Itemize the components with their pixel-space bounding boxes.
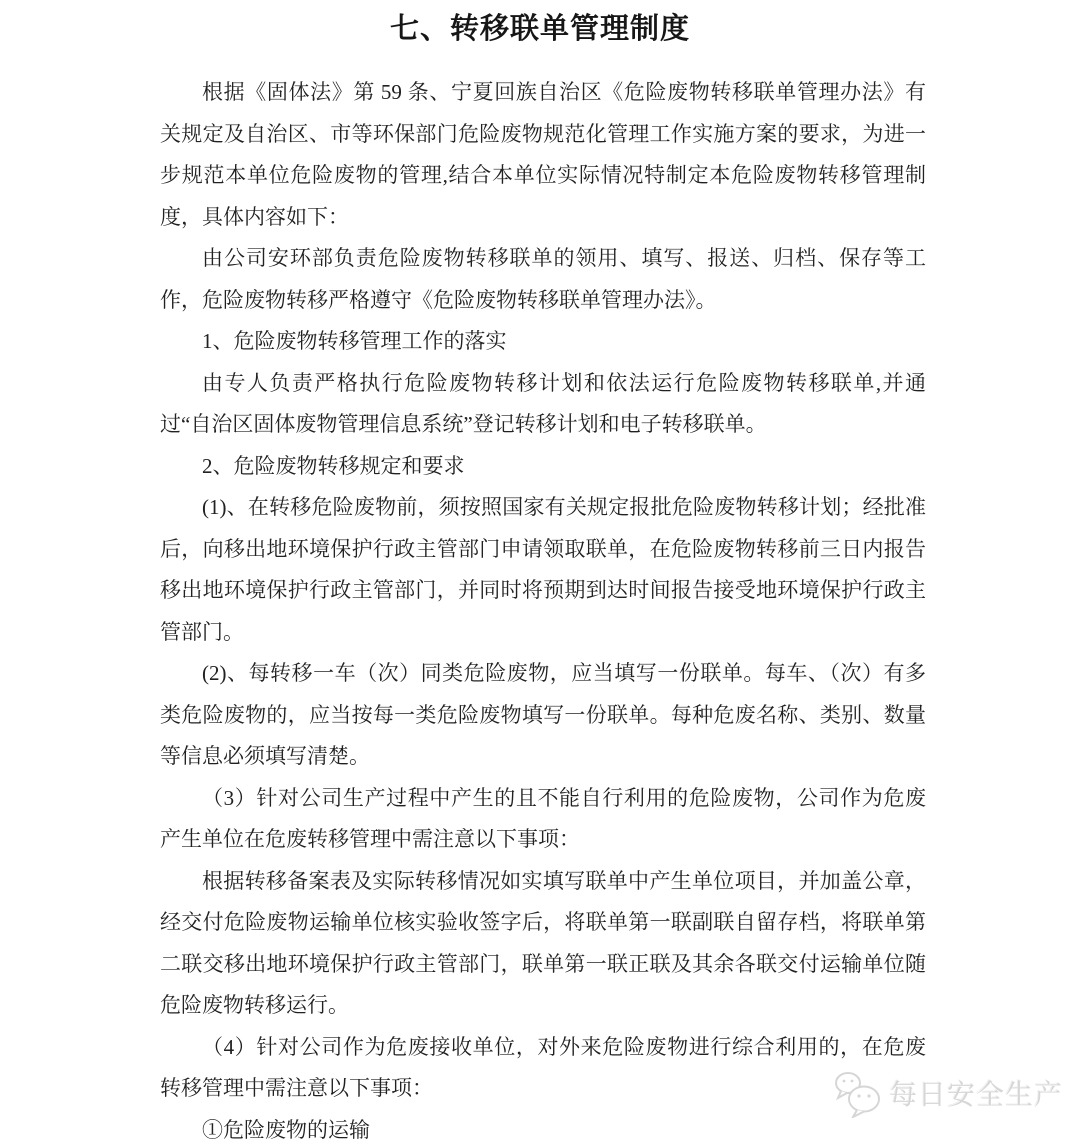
page-title: 七、转移联单管理制度	[0, 6, 1080, 47]
paragraph: （4）针对公司作为危废接收单位，对外来危险废物进行综合利用的，在危废转移管理中需…	[160, 1027, 926, 1110]
paragraph: 根据转移备案表及实际转移情况如实填写联单中产生单位项目，并加盖公章，经交付危险废…	[160, 861, 926, 1027]
section-heading: 1、危险废物转移管理工作的落实	[160, 321, 926, 363]
document-page: 七、转移联单管理制度 根据《固体法》第 59 条、宁夏回族自治区《危险废物转移联…	[0, 0, 1080, 1148]
paragraph: 由专人负责严格执行危险废物转移计划和依法运行危险废物转移联单,并通过“自治区固体…	[160, 363, 926, 446]
paragraph: 根据《固体法》第 59 条、宁夏回族自治区《危险废物转移联单管理办法》有关规定及…	[160, 72, 926, 238]
paragraph: 由公司安环部负责危险废物转移联单的领用、填写、报送、归档、保存等工作，危险废物转…	[160, 238, 926, 321]
list-item: ①危险废物的运输	[160, 1110, 926, 1148]
document-body: 根据《固体法》第 59 条、宁夏回族自治区《危险废物转移联单管理办法》有关规定及…	[160, 72, 926, 1148]
paragraph: （3）针对公司生产过程中产生的且不能自行利用的危险废物，公司作为危废产生单位在危…	[160, 778, 926, 861]
paragraph: (1)、在转移危险废物前，须按照国家有关规定报批危险废物转移计划；经批准后，向移…	[160, 487, 926, 653]
section-heading: 2、危险废物转移规定和要求	[160, 446, 926, 488]
paragraph: (2)、每转移一车（次）同类危险废物，应当填写一份联单。每车、（次）有多类危险废…	[160, 653, 926, 778]
